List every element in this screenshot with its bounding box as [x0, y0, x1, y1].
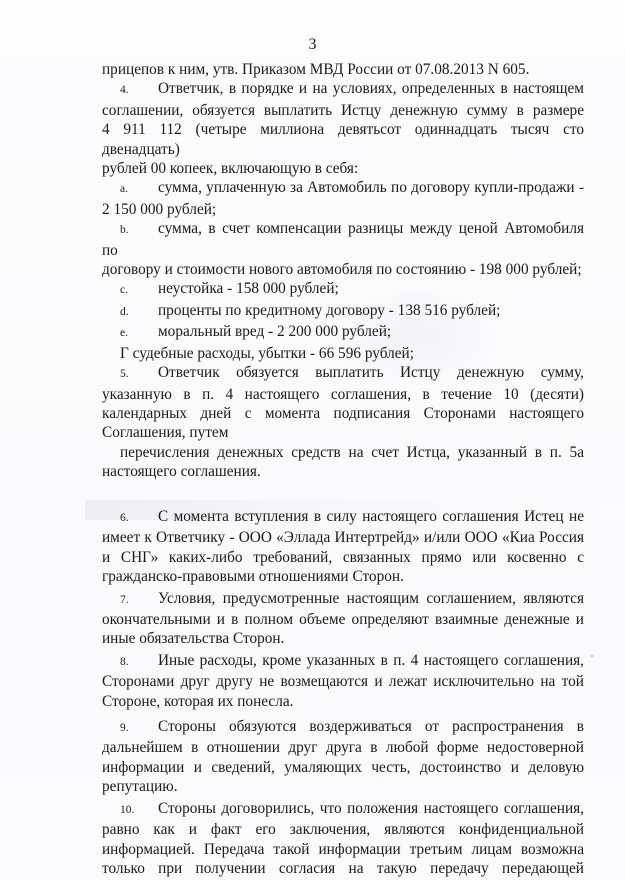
clause-5-line: Соглашения, путем: [102, 423, 584, 442]
clause-5-line: перечисления денежных средств на счет Ис…: [102, 443, 584, 462]
subitem-marker: e.: [120, 324, 158, 343]
clause-9-line: репутацию.: [102, 777, 584, 796]
subitem-marker: c.: [120, 281, 158, 300]
clause-8-line: Стороне, которая их понесла.: [102, 692, 584, 711]
clause-4: 4.Ответчик, в порядке и на условиях, опр…: [102, 79, 584, 178]
subitem-text: неустойка - 158 000 рублей;: [158, 280, 339, 297]
clause-9-line: информации и сведений, умаляющих честь, …: [102, 758, 584, 777]
clause-4-line: рублей 00 копеек, включающую в себя:: [102, 159, 584, 178]
clause-8-line: Сторонами друг другу не возмещаются и ле…: [102, 672, 584, 691]
document-page: 3 прицепов к ним, утв. Приказом МВД Росс…: [0, 0, 625, 880]
page-number: 3: [0, 36, 625, 54]
clause-number: 4.: [120, 81, 158, 100]
clause-5: 5.Ответчик обязуется выплатить Истцу ден…: [102, 363, 584, 481]
subitem-marker: a.: [120, 180, 158, 199]
clause-6: 6.С момента вступления в силу настоящего…: [102, 507, 584, 587]
clause-7-line: 7.Условия, предусмотренные настоящим сог…: [102, 589, 584, 610]
clause-text: Условия, предусмотренные настоящим согла…: [158, 590, 584, 607]
clause-5-line: 5.Ответчик обязуется выплатить Истцу ден…: [102, 363, 584, 384]
clause-text: С момента вступления в силу настоящего с…: [158, 508, 584, 525]
subitem-text: сумма, в счет компенсации разницы между …: [102, 220, 584, 258]
clause-10-line: равно как и факт его заключения, являютс…: [102, 820, 584, 839]
subitem-line: 2 150 000 рублей;: [102, 200, 584, 219]
clause-4-line: 4 911 112 (четыре миллиона девятьсот оди…: [102, 120, 584, 159]
clause-8-line: 8.Иные расходы, кроме указанных в п. 4 н…: [102, 651, 584, 672]
clause-number: 10.: [120, 801, 158, 820]
top-text-block: прицепов к ним, утв. Приказом МВД России…: [102, 60, 584, 482]
bottom-text-block: 6.С момента вступления в силу настоящего…: [102, 507, 584, 878]
continuation-line: прицепов к ним, утв. Приказом МВД России…: [102, 60, 584, 79]
clause-text: Иные расходы, кроме указанных в п. 4 нас…: [158, 652, 584, 669]
clause-number: 6.: [120, 509, 158, 528]
scan-speck: [591, 655, 593, 657]
clause-10-line: только при получении согласия на такую п…: [102, 859, 584, 878]
clause-number: 7.: [120, 591, 158, 610]
clause-8: 8.Иные расходы, кроме указанных в п. 4 н…: [102, 651, 584, 711]
clause-9-line: 9.Стороны обязуются воздерживаться от ра…: [102, 717, 584, 738]
subitem-d: d.проценты по кредитному договору - 138 …: [102, 301, 584, 322]
clause-6-line: 6.С момента вступления в силу настоящего…: [102, 507, 584, 528]
clause-6-line: имеет к Ответчику - ООО «Эллада Интертре…: [102, 528, 584, 547]
clause-9: 9.Стороны обязуются воздерживаться от ра…: [102, 717, 584, 797]
clause-6-line: гражданско-правовыми отношениями Сторон.: [102, 567, 584, 586]
clause-10-line: 10.Стороны договорились, что положения н…: [102, 799, 584, 820]
clause-4-line: 4.Ответчик, в порядке и на условиях, опр…: [102, 79, 584, 100]
clause-5-line: настоящего соглашения.: [102, 462, 584, 481]
clause-10: 10.Стороны договорились, что положения н…: [102, 799, 584, 879]
subitem-b: b.сумма, в счет компенсации разницы межд…: [102, 219, 584, 279]
clause-number: 5.: [120, 365, 158, 384]
subitem-line: a.сумма, уплаченную за Автомобиль по дог…: [102, 178, 584, 199]
subitem-line: b.сумма, в счет компенсации разницы межд…: [102, 219, 584, 260]
subitem-f: Г судебные расходы, убытки - 66 596 рубл…: [102, 344, 584, 363]
clause-text: Стороны обязуются воздерживаться от расп…: [158, 718, 584, 735]
clause-number: 9.: [120, 719, 158, 738]
subitem-text: сумма, уплаченную за Автомобиль по догов…: [158, 179, 584, 196]
subitem-a: a.сумма, уплаченную за Автомобиль по дог…: [102, 178, 584, 219]
clause-7-line: иные обязательства Сторон.: [102, 629, 584, 648]
subitem-marker: d.: [120, 303, 158, 322]
clause-9-line: дальнейшем в отношении друг друга в любо…: [102, 738, 584, 757]
clause-number: 8.: [120, 653, 158, 672]
clause-4-line: соглашении, обязуется выплатить Истцу де…: [102, 101, 584, 120]
subitem-e: e.моральный вред - 2 200 000 рублей;: [102, 322, 584, 343]
subitem-line: договору и стоимости нового автомобиля п…: [102, 260, 584, 279]
clause-5-line: календарных дней с момента подписания Ст…: [102, 404, 584, 423]
clause-7: 7.Условия, предусмотренные настоящим сог…: [102, 589, 584, 649]
subitem-c: c.неустойка - 158 000 рублей;: [102, 279, 584, 300]
subitem-text: моральный вред - 2 200 000 рублей;: [158, 323, 391, 340]
clause-5-line: указанную в п. 4 настоящего соглашения, …: [102, 385, 584, 404]
clause-7-line: окончательными и в полном объеме определ…: [102, 610, 584, 629]
clause-text: Ответчик, в порядке и на условиях, опред…: [158, 80, 584, 97]
clause-10-line: информацией. Передача такой информации т…: [102, 840, 584, 859]
subitem-marker: b.: [120, 221, 158, 240]
subitem-text: проценты по кредитному договору - 138 51…: [158, 302, 500, 319]
clause-6-line: и СНГ» каких-либо требований, связанных …: [102, 548, 584, 567]
clause-text: Стороны договорились, что положения наст…: [158, 800, 584, 817]
clause-text: Ответчик обязуется выплатить Истцу денеж…: [158, 364, 584, 381]
